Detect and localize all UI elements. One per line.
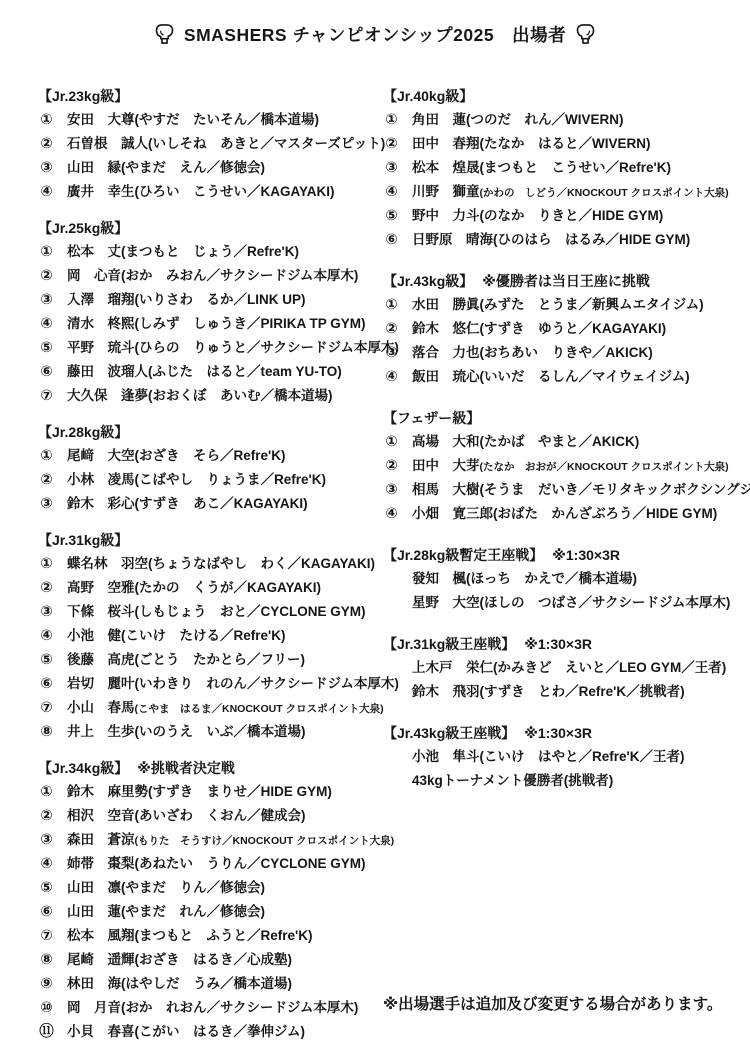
participant-row: ②田中 大芽(たなか おおが／KNOCKOUT クロスポイント大泉) <box>383 454 745 478</box>
section-note: ※1:30×3R <box>524 636 592 652</box>
entry-number: ⑥ <box>38 672 55 696</box>
participant-name: 川野 獅童 <box>412 180 480 204</box>
weight-class-section: 【Jr.34kg級】※挑戦者決定戦①鈴木 麻里勢(すずき まりせ／HIDE GY… <box>38 756 378 1044</box>
weight-class-section: 【Jr.28kg級暫定王座戦】※1:30×3R發知 楓(ほっち かえで／橋本道場… <box>383 543 745 615</box>
participant-row: 43kgトーナメント優勝者(挑戦者) <box>383 769 745 793</box>
entry-number: ② <box>383 132 400 156</box>
entry-number: ② <box>38 468 55 492</box>
weight-class-section: 【Jr.43kg級王座戦】※1:30×3R小池 隼斗(こいけ はやと／Refre… <box>383 721 745 793</box>
participant-row: ⑪小貝 春喜(こがい はるき／拳伸ジム) <box>38 1020 378 1044</box>
participant-name: 森田 蒼涼 <box>67 828 135 852</box>
entry-number: ① <box>38 240 55 264</box>
participant-row: ②岡 心音(おか みおん／サクシードジム本厚木) <box>38 264 378 288</box>
participant-reading-gym: (すずき まりせ／HIDE GYM) <box>148 780 332 804</box>
participant-row: ④川野 獅童(かわの しどう／KNOCKOUT クロスポイント大泉) <box>383 180 745 204</box>
entry-number: ③ <box>38 492 55 516</box>
participant-name: 小山 春馬 <box>67 696 135 720</box>
participant-row: ③落合 力也(おちあい りきや／AKICK) <box>383 341 745 365</box>
participant-row: 上木戸 栄仁(かみきど えいと／LEO GYM／王者) <box>383 656 745 680</box>
participant-row: ①水田 勝眞(みずた とうま／新興ムエタイジム) <box>383 293 745 317</box>
participant-reading-gym: (いわきり れのん／サクシードジム本厚木) <box>135 672 399 696</box>
participant-row: ④飯田 琉心(いいだ るしん／マイウェイジム) <box>383 365 745 389</box>
participant-reading-gym: (たなか おおが／KNOCKOUT クロスポイント大泉) <box>480 455 729 479</box>
entry-number: ④ <box>383 180 400 204</box>
participant-row: ①安田 大尊(やすだ たいそん／橋本道場) <box>38 108 378 132</box>
participant-row: ⑥藤田 波瑠人(ふじた はると／team YU-TO) <box>38 360 378 384</box>
participant-reading-gym: (ひらの りゅうと／サクシードジム本厚木) <box>135 336 399 360</box>
participant-name: 田中 春翔 <box>412 132 480 156</box>
entry-number: ③ <box>38 600 55 624</box>
participant-row: ②高野 空雅(たかの くうが／KAGAYAKI) <box>38 576 378 600</box>
weight-class-header: 【フェザー級】 <box>383 406 745 430</box>
participant-row: ⑥日野原 晴海(ひのはら はるみ／HIDE GYM) <box>383 228 745 252</box>
participant-row: ④清水 柊熙(しみず しゅうき／PIRIKA TP GYM) <box>38 312 378 336</box>
weight-class-header: 【Jr.43kg級王座戦】※1:30×3R <box>383 721 745 745</box>
participant-name: 下條 桜斗 <box>67 600 135 624</box>
weight-class-title: 【Jr.43kg級】 <box>383 273 473 289</box>
participant-row: ⑦大久保 逢夢(おおくぼ あいむ／橋本道場) <box>38 384 378 408</box>
weight-class-header: 【Jr.25kg級】 <box>38 216 378 240</box>
participant-reading-gym: (すずき とわ／Refre'K／挑戦者) <box>480 680 685 704</box>
participant-row: ⑥山田 蓮(やまだ れん／修徳会) <box>38 900 378 924</box>
section-note: ※1:30×3R <box>524 725 592 741</box>
participant-name: 上木戸 栄仁 <box>412 656 493 680</box>
participant-name: 松本 丈 <box>67 240 121 264</box>
participant-name: 尾崎 遥輝 <box>67 948 135 972</box>
entry-number: ② <box>38 576 55 600</box>
participant-name: 落合 力也 <box>412 341 480 365</box>
participant-reading-gym: (はやしだ うみ／橋本道場) <box>121 972 292 996</box>
participant-reading-gym: (おざき そら／Refre'K) <box>135 444 286 468</box>
participant-name: 水田 勝眞 <box>412 293 480 317</box>
entry-number: ③ <box>38 828 55 852</box>
participant-row: 發知 楓(ほっち かえで／橋本道場) <box>383 567 745 591</box>
participant-name: 清水 柊熙 <box>67 312 135 336</box>
page-title-row: SMASHERS チャンピオンシップ2025 出場者 <box>0 22 750 47</box>
participant-name: 廣井 幸生 <box>67 180 135 204</box>
participant-row: ⑦松本 風翔(まつもと ふうと／Refre'K) <box>38 924 378 948</box>
participant-reading-gym: (あいざわ くおん／健成会) <box>135 804 306 828</box>
participant-reading-gym: (みずた とうま／新興ムエタイジム) <box>480 293 704 317</box>
participant-name: 日野原 晴海 <box>412 228 493 252</box>
weight-class-title: 【Jr.34kg級】 <box>38 760 128 776</box>
participant-row: ①松本 丈(まつもと じょう／Refre'K) <box>38 240 378 264</box>
participant-name: 岡 心音 <box>67 264 121 288</box>
participant-row: ②相沢 空音(あいざわ くおん／健成会) <box>38 804 378 828</box>
weight-class-section: 【Jr.25kg級】①松本 丈(まつもと じょう／Refre'K)②岡 心音(お… <box>38 216 378 408</box>
weight-class-title: 【Jr.25kg級】 <box>38 220 128 236</box>
participant-name: 山田 凛 <box>67 876 121 900</box>
entry-number: ⑧ <box>38 720 55 744</box>
entry-number: ⑨ <box>38 972 55 996</box>
participant-row: ①蝶名林 羽空(ちょうなばやし わく／KAGAYAKI) <box>38 552 378 576</box>
participant-reading-gym: (いりさわ るか／LINK UP) <box>135 288 306 312</box>
participant-reading-gym: (いのうえ いぶ／橋本道場) <box>135 720 306 744</box>
participant-row: ④姉帯 棗梨(あねたい うりん／CYCLONE GYM) <box>38 852 378 876</box>
participant-reading-gym: (すずき あこ／KAGAYAKI) <box>135 492 308 516</box>
participant-reading-gym: (おか れおん／サクシードジム本厚木) <box>121 996 358 1020</box>
participant-row: ③相馬 大樹(そうま だいき／モリタキックボクシングジム) <box>383 478 745 502</box>
participant-row: ③森田 蒼涼(もりた そうすけ／KNOCKOUT クロスポイント大泉) <box>38 828 378 852</box>
participant-name: 高野 空雅 <box>67 576 135 600</box>
entry-number: ③ <box>383 156 400 180</box>
participant-name: 野中 力斗 <box>412 204 480 228</box>
participant-name: 岩切 麗叶 <box>67 672 135 696</box>
participant-name: 小貝 春喜 <box>67 1020 135 1044</box>
participant-row: ②小林 凌馬(こばやし りょうま／Refre'K) <box>38 468 378 492</box>
participant-reading-gym: (ひろい こうせい／KAGAYAKI) <box>135 180 335 204</box>
participant-reading-gym: (しもじょう おと／CYCLONE GYM) <box>135 600 366 624</box>
participant-name: 蝶名林 羽空 <box>67 552 148 576</box>
participant-name: 田中 大芽 <box>412 454 480 478</box>
participant-row: ⑧尾崎 遥輝(おざき はるき／心成塾) <box>38 948 378 972</box>
participant-reading-gym: (こがい はるき／拳伸ジム) <box>135 1020 305 1044</box>
participant-reading-gym: (まつもと ふうと／Refre'K) <box>135 924 313 948</box>
entry-number: ① <box>38 552 55 576</box>
participant-row: ⑤平野 琉斗(ひらの りゅうと／サクシードジム本厚木) <box>38 336 378 360</box>
participant-name: 小池 健 <box>67 624 121 648</box>
participant-reading-gym: (のなか りきと／HIDE GYM) <box>480 204 664 228</box>
participant-name: 大久保 逢夢 <box>67 384 148 408</box>
footer-note: ※出場選手は追加及び変更する場合があります。 <box>383 992 722 1014</box>
participant-name: 鈴木 飛羽 <box>412 680 480 704</box>
participant-reading-gym: (かみきど えいと／LEO GYM／王者) <box>493 656 726 680</box>
weight-class-section: 【Jr.43kg級】※優勝者は当日王座に挑戦①水田 勝眞(みずた とうま／新興ム… <box>383 269 745 389</box>
participant-name: 松本 風翔 <box>67 924 135 948</box>
participant-name: 小畑 寛三郎 <box>412 502 493 526</box>
participant-reading-gym: (あねたい うりん／CYCLONE GYM) <box>135 852 366 876</box>
participant-row: ⑥岩切 麗叶(いわきり れのん／サクシードジム本厚木) <box>38 672 378 696</box>
entry-number: ⑤ <box>383 204 400 228</box>
participant-row: ⑨林田 海(はやしだ うみ／橋本道場) <box>38 972 378 996</box>
participant-reading-gym: (やまだ えん／修徳会) <box>121 156 265 180</box>
entry-number: ⑥ <box>383 228 400 252</box>
entry-number: ① <box>38 108 55 132</box>
participant-name: 相沢 空音 <box>67 804 135 828</box>
participant-reading-gym: (まつもと こうせい／Refre'K) <box>480 156 671 180</box>
weight-class-header: 【Jr.31kg級王座戦】※1:30×3R <box>383 632 745 656</box>
entry-number: ④ <box>38 312 55 336</box>
weight-class-header: 【Jr.40kg級】 <box>383 84 745 108</box>
entry-number: ③ <box>38 156 55 180</box>
weight-class-header: 【Jr.23kg級】 <box>38 84 378 108</box>
weight-class-section: 【Jr.23kg級】①安田 大尊(やすだ たいそん／橋本道場)②石曽根 誠人(い… <box>38 84 378 204</box>
participant-reading-gym: (おざき はるき／心成塾) <box>135 948 293 972</box>
participants-column-right: 【Jr.40kg級】①角田 蓮(つのだ れん／WIVERN)②田中 春翔(たなか… <box>383 84 745 810</box>
participant-name: 山田 蓮 <box>67 900 121 924</box>
entry-number: ④ <box>38 180 55 204</box>
entry-number: ⑦ <box>38 696 55 720</box>
entry-number: ⑤ <box>38 876 55 900</box>
participant-name: 入澤 瑠翔 <box>67 288 135 312</box>
section-note: ※挑戦者決定戦 <box>137 760 235 776</box>
weight-class-title: 【Jr.43kg級王座戦】 <box>383 725 515 741</box>
participant-name: 藤田 波瑠人 <box>67 360 148 384</box>
participant-reading-gym: (こばやし りょうま／Refre'K) <box>135 468 326 492</box>
participant-row: ①角田 蓮(つのだ れん／WIVERN) <box>383 108 745 132</box>
section-note: ※優勝者は当日王座に挑戦 <box>482 273 650 289</box>
participant-reading-gym: (いしそね あきと／マスターズピット) <box>148 132 385 156</box>
weight-class-title: 【フェザー級】 <box>383 410 480 426</box>
participant-name: 尾﨑 大空 <box>67 444 135 468</box>
participant-row: ⑦小山 春馬(こやま はるま／KNOCKOUT クロスポイント大泉) <box>38 696 378 720</box>
entry-number: ④ <box>38 624 55 648</box>
participant-row: ①高場 大和(たかば やまと／AKICK) <box>383 430 745 454</box>
section-note: ※1:30×3R <box>552 547 620 563</box>
participant-name: 松本 煌晟 <box>412 156 480 180</box>
participant-name: 安田 大尊 <box>67 108 135 132</box>
participant-reading-gym: (おおくぼ あいむ／橋本道場) <box>148 384 333 408</box>
entry-number: ② <box>383 317 400 341</box>
participant-name: 鈴木 彩心 <box>67 492 135 516</box>
weight-class-title: 【Jr.28kg級暫定王座戦】 <box>383 547 543 563</box>
participant-row: 星野 大空(ほしの つばさ／サクシードジム本厚木) <box>383 591 745 615</box>
page-title: SMASHERS チャンピオンシップ2025 出場者 <box>184 22 566 47</box>
participant-reading-gym: (おちあい りきや／AKICK) <box>480 341 653 365</box>
participant-row: ③松本 煌晟(まつもと こうせい／Refre'K) <box>383 156 745 180</box>
participant-row: ①尾﨑 大空(おざき そら／Refre'K) <box>38 444 378 468</box>
weight-class-section: 【Jr.28kg級】①尾﨑 大空(おざき そら／Refre'K)②小林 凌馬(こ… <box>38 420 378 516</box>
participant-row: ②石曽根 誠人(いしそね あきと／マスターズピット) <box>38 132 378 156</box>
participant-row: ⑤後藤 高虎(ごとう たかとら／フリー) <box>38 648 378 672</box>
weight-class-section: 【フェザー級】①高場 大和(たかば やまと／AKICK)②田中 大芽(たなか お… <box>383 406 745 526</box>
participant-row: ③入澤 瑠翔(いりさわ るか／LINK UP) <box>38 288 378 312</box>
participant-reading-gym: (たなか はると／WIVERN) <box>480 132 651 156</box>
participant-reading-gym: (ひのはら はるみ／HIDE GYM) <box>493 228 690 252</box>
entry-number: ⑩ <box>38 996 55 1020</box>
weight-class-title: 【Jr.23kg級】 <box>38 88 128 104</box>
participant-name: 發知 楓 <box>412 567 466 591</box>
entry-number: ① <box>38 444 55 468</box>
weight-class-title: 【Jr.28kg級】 <box>38 424 128 440</box>
participant-name: 小林 凌馬 <box>67 468 135 492</box>
participant-reading-gym: (ほしの つばさ／サクシードジム本厚木) <box>480 591 731 615</box>
participant-row: ⑩岡 月音(おか れおん／サクシードジム本厚木) <box>38 996 378 1020</box>
participant-reading-gym: (たかの くうが／KAGAYAKI) <box>135 576 322 600</box>
participant-reading-gym: (こいけ はやと／Refre'K／王者) <box>480 745 685 769</box>
participant-name: 山田 縁 <box>67 156 121 180</box>
weight-class-header: 【Jr.28kg級暫定王座戦】※1:30×3R <box>383 543 745 567</box>
participant-row: ④小池 健(こいけ たける／Refre'K) <box>38 624 378 648</box>
boxing-glove-icon <box>575 23 596 46</box>
participant-name: 林田 海 <box>67 972 121 996</box>
participant-row: ④廣井 幸生(ひろい こうせい／KAGAYAKI) <box>38 180 378 204</box>
entry-number: ⑤ <box>38 648 55 672</box>
entry-number: ③ <box>383 341 400 365</box>
participant-name: 角田 蓮 <box>412 108 466 132</box>
participant-row: ⑤野中 力斗(のなか りきと／HIDE GYM) <box>383 204 745 228</box>
participant-reading-gym: (おか みおん／サクシードジム本厚木) <box>121 264 358 288</box>
participant-name: 飯田 琉心 <box>412 365 480 389</box>
participant-name: 鈴木 麻里勢 <box>67 780 148 804</box>
participant-row: ⑤山田 凛(やまだ りん／修徳会) <box>38 876 378 900</box>
weight-class-header: 【Jr.34kg級】※挑戦者決定戦 <box>38 756 378 780</box>
participant-reading-gym: (いいだ るしん／マイウェイジム) <box>480 365 690 389</box>
weight-class-section: 【Jr.31kg級王座戦】※1:30×3R上木戸 栄仁(かみきど えいと／LEO… <box>383 632 745 704</box>
entry-number: ② <box>38 264 55 288</box>
weight-class-title: 【Jr.40kg級】 <box>383 88 473 104</box>
participant-name: 高場 大和 <box>412 430 480 454</box>
participant-reading-gym: (かわの しどう／KNOCKOUT クロスポイント大泉) <box>480 181 729 205</box>
entry-number: ⑥ <box>38 360 55 384</box>
participant-row: 鈴木 飛羽(すずき とわ／Refre'K／挑戦者) <box>383 680 745 704</box>
entry-number: ⑧ <box>38 948 55 972</box>
participants-column-left: 【Jr.23kg級】①安田 大尊(やすだ たいそん／橋本道場)②石曽根 誠人(い… <box>38 84 378 1056</box>
weight-class-header: 【Jr.43kg級】※優勝者は当日王座に挑戦 <box>383 269 745 293</box>
participant-name: 後藤 高虎 <box>67 648 135 672</box>
entry-number: ⑪ <box>38 1020 55 1044</box>
entry-number: ④ <box>38 852 55 876</box>
participant-row: ③山田 縁(やまだ えん／修徳会) <box>38 156 378 180</box>
entry-number: ③ <box>38 288 55 312</box>
participant-reading-gym: (おばた かんざぶろう／HIDE GYM) <box>493 502 717 526</box>
participant-reading-gym: (やまだ れん／修徳会) <box>121 900 265 924</box>
participant-reading-gym: (もりた そうすけ／KNOCKOUT クロスポイント大泉) <box>135 829 395 853</box>
entry-number: ② <box>38 804 55 828</box>
weight-class-title: 【Jr.31kg級】 <box>38 532 128 548</box>
weight-class-title: 【Jr.31kg級王座戦】 <box>383 636 515 652</box>
participant-name: 相馬 大樹 <box>412 478 480 502</box>
participant-row: ③下條 桜斗(しもじょう おと／CYCLONE GYM) <box>38 600 378 624</box>
participant-row: ①鈴木 麻里勢(すずき まりせ／HIDE GYM) <box>38 780 378 804</box>
participant-reading-gym: (ちょうなばやし わく／KAGAYAKI) <box>148 552 375 576</box>
participant-reading-gym: (やまだ りん／修徳会) <box>121 876 265 900</box>
entry-number: ① <box>383 430 400 454</box>
entry-number: ⑦ <box>38 924 55 948</box>
participant-row: ②鈴木 悠仁(すずき ゆうと／KAGAYAKI) <box>383 317 745 341</box>
weight-class-section: 【Jr.31kg級】①蝶名林 羽空(ちょうなばやし わく／KAGAYAKI)②高… <box>38 528 378 744</box>
participant-reading-gym: (まつもと じょう／Refre'K) <box>121 240 299 264</box>
weight-class-section: 【Jr.40kg級】①角田 蓮(つのだ れん／WIVERN)②田中 春翔(たなか… <box>383 84 745 252</box>
participant-name: 鈴木 悠仁 <box>412 317 480 341</box>
participant-row: ②田中 春翔(たなか はると／WIVERN) <box>383 132 745 156</box>
participant-row: ③鈴木 彩心(すずき あこ／KAGAYAKI) <box>38 492 378 516</box>
participant-row: 小池 隼斗(こいけ はやと／Refre'K／王者) <box>383 745 745 769</box>
participant-name: 岡 月音 <box>67 996 121 1020</box>
participant-name: 小池 隼斗 <box>412 745 480 769</box>
entry-number: ⑤ <box>38 336 55 360</box>
participant-reading-gym: (ふじた はると／team YU-TO) <box>148 360 342 384</box>
participant-reading-gym: (つのだ れん／WIVERN) <box>466 108 624 132</box>
entry-number: ⑦ <box>38 384 55 408</box>
participant-name: 平野 琉斗 <box>67 336 135 360</box>
weight-class-header: 【Jr.28kg級】 <box>38 420 378 444</box>
entry-number: ① <box>38 780 55 804</box>
participant-name: 石曽根 誠人 <box>67 132 148 156</box>
participant-reading-gym: (挑戦者) <box>564 769 614 793</box>
entry-number: ② <box>383 454 400 478</box>
participant-reading-gym: (そうま だいき／モリタキックボクシングジム) <box>480 478 750 502</box>
participant-name: 星野 大空 <box>412 591 480 615</box>
participant-reading-gym: (こいけ たける／Refre'K) <box>121 624 285 648</box>
participant-reading-gym: (ほっち かえで／橋本道場) <box>466 567 637 591</box>
participant-reading-gym: (こやま はるま／KNOCKOUT クロスポイント大泉) <box>135 697 384 721</box>
participant-reading-gym: (ごとう たかとら／フリー) <box>135 648 305 672</box>
boxing-glove-icon <box>154 23 175 46</box>
participant-reading-gym: (やすだ たいそん／橋本道場) <box>135 108 320 132</box>
entry-number: ⑥ <box>38 900 55 924</box>
participant-reading-gym: (しみず しゅうき／PIRIKA TP GYM) <box>135 312 366 336</box>
entry-number: ② <box>38 132 55 156</box>
entry-number: ① <box>383 108 400 132</box>
participant-name: 井上 生歩 <box>67 720 135 744</box>
entry-number: ④ <box>383 502 400 526</box>
participant-row: ④小畑 寛三郎(おばた かんざぶろう／HIDE GYM) <box>383 502 745 526</box>
participant-name: 43kgトーナメント優勝者 <box>412 769 564 793</box>
weight-class-header: 【Jr.31kg級】 <box>38 528 378 552</box>
participant-reading-gym: (すずき ゆうと／KAGAYAKI) <box>480 317 667 341</box>
entry-number: ④ <box>383 365 400 389</box>
participant-name: 姉帯 棗梨 <box>67 852 135 876</box>
entry-number: ① <box>383 293 400 317</box>
participant-reading-gym: (たかば やまと／AKICK) <box>480 430 640 454</box>
participant-row: ⑧井上 生歩(いのうえ いぶ／橋本道場) <box>38 720 378 744</box>
entry-number: ③ <box>383 478 400 502</box>
